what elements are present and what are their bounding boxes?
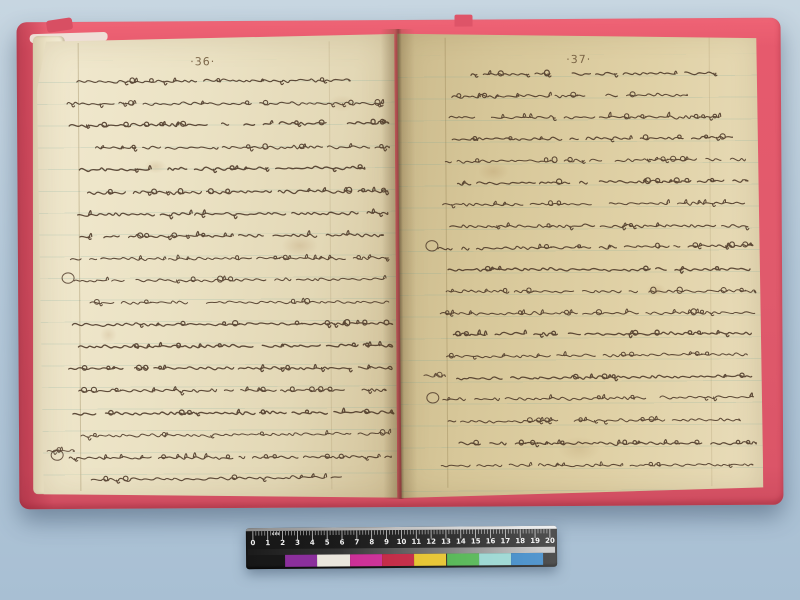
handwriting-line <box>79 385 386 395</box>
handwriting-line <box>91 474 341 484</box>
manuscript-book: ·36· ·37· <box>17 18 784 510</box>
left-page-ruled-lines <box>37 59 398 495</box>
handwriting-line <box>471 69 717 78</box>
handwriting-line <box>72 319 392 329</box>
handwriting-line <box>73 408 394 417</box>
right-page-margin-line <box>445 38 449 488</box>
handwriting-line <box>96 143 390 153</box>
left-page-number: ·36· <box>181 55 225 68</box>
right-page: ·37· <box>397 28 764 498</box>
marginal-annotation <box>47 447 74 454</box>
marginal-annotation <box>424 372 446 377</box>
left-page-handwriting <box>37 33 398 501</box>
handwriting-line <box>445 156 745 165</box>
handwriting-line <box>443 393 754 402</box>
left-page: ·36· <box>37 33 398 501</box>
photo-scene: ·36· ·37· 012345678910111213141516171819… <box>0 0 800 600</box>
handwriting-line <box>69 364 393 374</box>
handwriting-line <box>69 452 391 462</box>
handwriting-line <box>447 351 748 360</box>
handwriting-line <box>74 275 392 284</box>
circled-numeral-mark <box>62 273 74 283</box>
handwriting-line <box>457 177 748 185</box>
handwriting-line <box>69 119 389 128</box>
handwriting-line <box>67 99 384 109</box>
handwriting-line <box>441 461 753 470</box>
circled-numeral-mark <box>427 393 439 403</box>
cover-tab <box>454 15 472 27</box>
handwriting-line <box>453 328 759 338</box>
circled-numeral-mark <box>426 241 438 251</box>
left-page-column-line <box>329 41 333 489</box>
handwriting-line <box>449 112 721 122</box>
handwriting-line <box>457 373 752 382</box>
handwriting-line <box>452 134 732 143</box>
left-page-margin-line <box>78 43 82 491</box>
book-gutter-shadow <box>381 29 418 499</box>
handwriting-line <box>78 341 392 349</box>
calibration-ruler: 01234567891011121314151617181920 cm <box>246 526 557 569</box>
circled-numeral-mark <box>51 450 63 460</box>
right-page-number: ·37· <box>557 53 601 66</box>
handwriting-line <box>78 209 388 220</box>
handwriting-line <box>79 164 364 173</box>
handwriting-line <box>448 416 740 425</box>
handwriting-line <box>450 221 749 231</box>
handwriting-line <box>90 298 389 306</box>
handwriting-line <box>438 242 753 251</box>
handwriting-line <box>70 254 389 263</box>
ruler-glare <box>246 526 557 569</box>
handwriting-line <box>80 230 384 240</box>
handwriting-line <box>443 199 753 208</box>
right-page-column-line <box>709 36 713 486</box>
handwriting-line <box>81 429 391 440</box>
handwriting-line <box>448 265 750 275</box>
handwriting-line <box>452 91 688 98</box>
handwriting-line <box>77 77 350 86</box>
handwriting-line <box>88 187 389 196</box>
